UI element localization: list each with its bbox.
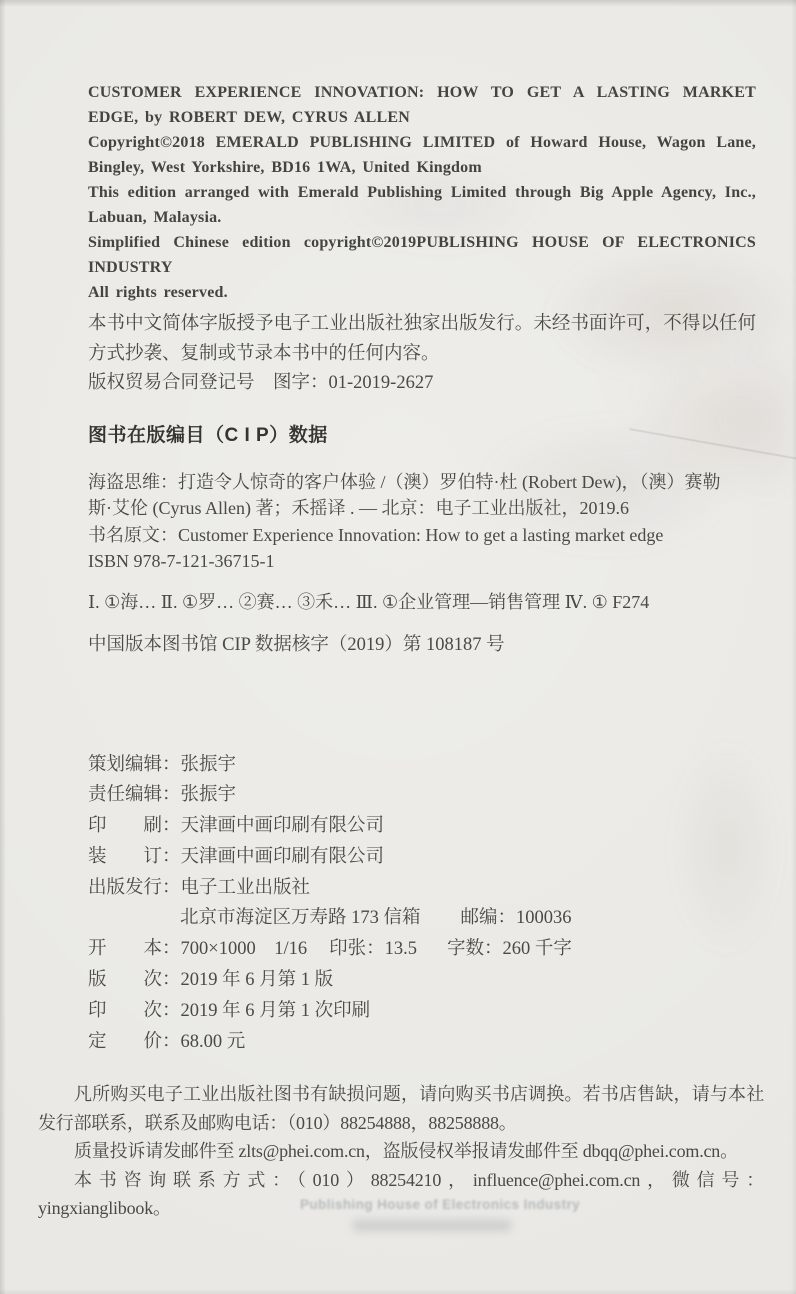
row-label: 策划编辑： — [88, 755, 181, 775]
row-label: 出版发行： — [88, 878, 181, 898]
page-content: CUSTOMER EXPERIENCE INNOVATION: HOW TO G… — [88, 80, 756, 1057]
copyright-registration-number: 版权贸易合同登记号 图字：01-2019-2627 — [88, 369, 756, 399]
edition-arrangement-line: This edition arranged with Emerald Publi… — [88, 180, 756, 230]
colophon-row-binder: 装 订：天津画中画印刷有限公司 — [88, 842, 756, 873]
row-value: 电子工业出版社 — [181, 878, 311, 898]
bleed-through-artifact — [352, 1219, 512, 1232]
book-copyright-page: CUSTOMER EXPERIENCE INNOVATION: HOW TO G… — [0, 0, 796, 1294]
cip-entry-line-2: 斯·艾伦 (Cyrus Allen) 著；禾摇译 . — 北京：电子工业出版社，… — [88, 495, 756, 522]
cip-header: 图书在版编目（C I P）数据 — [88, 423, 756, 449]
colophon-row-responsible-editor: 责任编辑：张振宇 — [88, 780, 756, 811]
publisher-address: 北京市海淀区万寿路 173 信箱 — [180, 908, 421, 928]
postcode: 邮编：100036 — [461, 908, 572, 928]
chinese-license-notice: 本书中文简体字版授予电子工业出版社独家出版发行。未经书面许可，不得以任何方式抄袭… — [88, 310, 756, 399]
cip-record-number: 中国版本图书馆 CIP 数据核字（2019）第 108187 号 — [88, 632, 756, 658]
colophon-row-price: 定 价：68.00 元 — [88, 1027, 756, 1058]
row-label: 定 价： — [88, 1032, 181, 1052]
complaint-email-notice: 质量投诉请发邮件至 zlts@phei.com.cn，盗版侵权举报请发邮件至 d… — [38, 1137, 764, 1166]
bleed-through-text: Publishing House of Electronics Industry — [300, 1197, 600, 1212]
row-value: 68.00 元 — [181, 1032, 246, 1052]
english-copyright-block: CUSTOMER EXPERIENCE INNOVATION: HOW TO G… — [88, 80, 756, 305]
isbn-number: ISBN 978-7-121-36715-1 — [88, 548, 756, 575]
original-title-field: 书名原文：Customer Experience Innovation: How… — [88, 522, 756, 549]
all-rights-reserved-line: All rights reserved. — [88, 280, 756, 305]
row-label: 责任编辑： — [88, 785, 181, 805]
colophon: 策划编辑：张振宇 责任编辑：张振宇 印 刷：天津画中画印刷有限公司 装 订：天津… — [88, 750, 756, 1058]
row-label: 印 次： — [88, 1001, 181, 1021]
row-label: 装 订： — [88, 847, 181, 867]
copyright-holder-line: Copyright©2018 EMERALD PUBLISHING LIMITE… — [88, 130, 756, 180]
row-label: 开 本： — [88, 939, 181, 959]
cip-classification: Ⅰ. ①海… Ⅱ. ①罗… ②赛… ③禾… Ⅲ. ①企业管理—销售管理 Ⅳ. ①… — [88, 589, 756, 615]
original-title-line: CUSTOMER EXPERIENCE INNOVATION: HOW TO G… — [88, 80, 756, 130]
row-value: 天津画中画印刷有限公司 — [181, 847, 385, 867]
replacement-notice: 凡所购买电子工业出版社图书有缺损问题，请向购买书店调换。若书店售缺，请与本社发行… — [38, 1080, 764, 1137]
colophon-row-edition: 版 次：2019 年 6 月第 1 版 — [88, 965, 756, 996]
row-label: 印 刷： — [88, 816, 181, 836]
row-value: 天津画中画印刷有限公司 — [181, 816, 385, 836]
row-value: 张振宇 — [181, 785, 237, 805]
printed-sheets: 印张：13.5 — [329, 939, 417, 959]
colophon-row-publisher: 出版发行：电子工业出版社 — [88, 873, 756, 904]
cip-entry-line-1: 海盗思维：打造令人惊奇的客户体验 /（澳）罗伯特·杜 (Robert Dew)，… — [88, 469, 756, 496]
book-format: 700×1000 1/16 — [181, 939, 308, 959]
colophon-row-planning-editor: 策划编辑：张振宇 — [88, 750, 756, 781]
row-value: 2019 年 6 月第 1 次印刷 — [181, 1001, 371, 1021]
word-count: 字数：260 千字 — [447, 939, 572, 959]
cip-entry: 海盗思维：打造令人惊奇的客户体验 /（澳）罗伯特·杜 (Robert Dew)，… — [88, 469, 756, 575]
colophon-row-format: 开 本：700×1000 1/16印张：13.5字数：260 千字 — [88, 934, 756, 965]
colophon-row-address: 北京市海淀区万寿路 173 信箱邮编：100036 — [88, 903, 756, 934]
colophon-row-printer: 印 刷：天津画中画印刷有限公司 — [88, 811, 756, 842]
simplified-chinese-line: Simplified Chinese edition copyright©201… — [88, 230, 756, 280]
row-value: 2019 年 6 月第 1 版 — [181, 970, 334, 990]
license-notice-text: 本书中文简体字版授予电子工业出版社独家出版发行。未经书面许可，不得以任何方式抄袭… — [88, 310, 756, 369]
consult-contact-notice: 本书咨询联系方式：（010）88254210，influence@phei.co… — [38, 1166, 764, 1223]
row-value: 张振宇 — [181, 755, 237, 775]
colophon-row-impression: 印 次：2019 年 6 月第 1 次印刷 — [88, 996, 756, 1027]
row-label: 版 次： — [88, 970, 181, 990]
